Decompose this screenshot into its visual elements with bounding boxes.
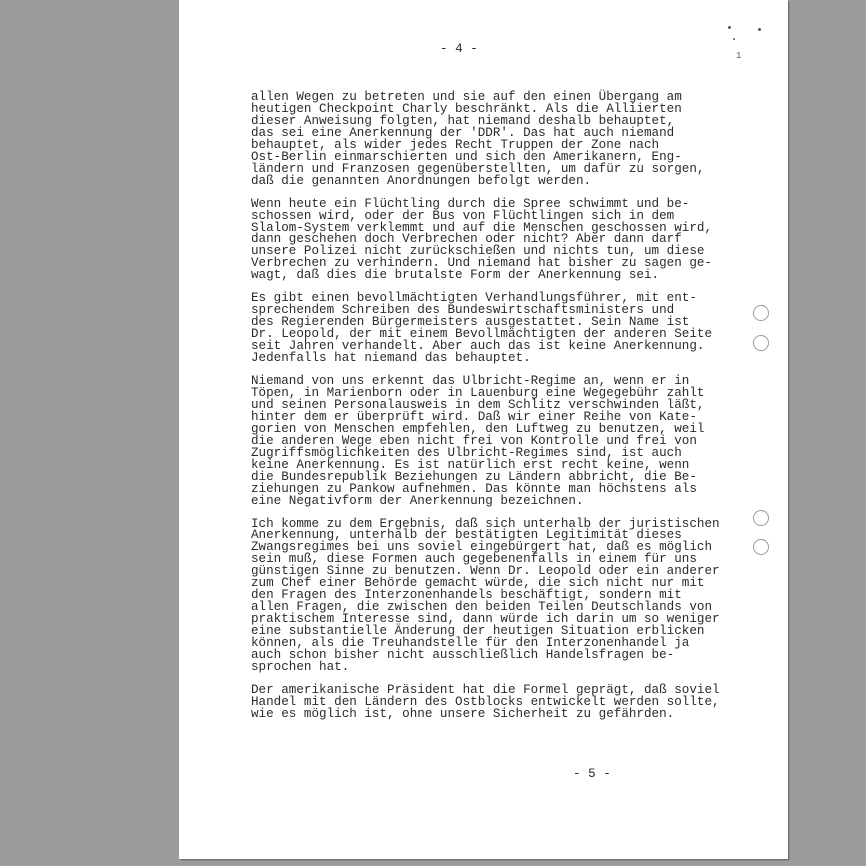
- paragraph: Wenn heute ein Flüchtling durch die Spre…: [251, 199, 751, 283]
- punch-hole-icon: [753, 539, 769, 555]
- paragraph: Niemand von uns erkennt das Ulbricht-Reg…: [251, 376, 751, 507]
- scanned-page: - 4 - 1 allen Wegen zu betreten und sie …: [179, 0, 788, 859]
- paragraph: Es gibt einen bevollmächtigten Verhandlu…: [251, 293, 751, 365]
- text-line: sprochen hat.: [251, 662, 751, 674]
- punch-hole-icon: [753, 305, 769, 321]
- text-line: daß die genannten Anordnungen befolgt we…: [251, 176, 751, 188]
- punch-hole-icon: [753, 510, 769, 526]
- paragraph: Der amerikanische Präsident hat die Form…: [251, 685, 751, 721]
- paragraph: allen Wegen zu betreten und sie auf den …: [251, 92, 751, 188]
- scan-speck: [758, 28, 761, 31]
- document-body: allen Wegen zu betreten und sie auf den …: [251, 92, 751, 732]
- scan-speck: [733, 38, 735, 40]
- scan-speck: [728, 26, 731, 29]
- text-line: wagt, daß dies die brutalste Form der An…: [251, 270, 751, 282]
- document-viewer: - 4 - 1 allen Wegen zu betreten und sie …: [0, 0, 866, 866]
- text-line: wie es möglich ist, ohne unsere Sicherhe…: [251, 709, 751, 721]
- margin-mark: 1: [736, 51, 741, 61]
- paragraph: Ich komme zu dem Ergebnis, daß sich unte…: [251, 519, 751, 674]
- page-number-bottom: - 5 -: [573, 767, 611, 781]
- punch-hole-icon: [753, 335, 769, 351]
- text-line: Jedenfalls hat niemand das behauptet.: [251, 353, 751, 365]
- page-number-top: - 4 -: [440, 42, 478, 56]
- text-line: eine Negativform der Anerkennung bezeich…: [251, 496, 751, 508]
